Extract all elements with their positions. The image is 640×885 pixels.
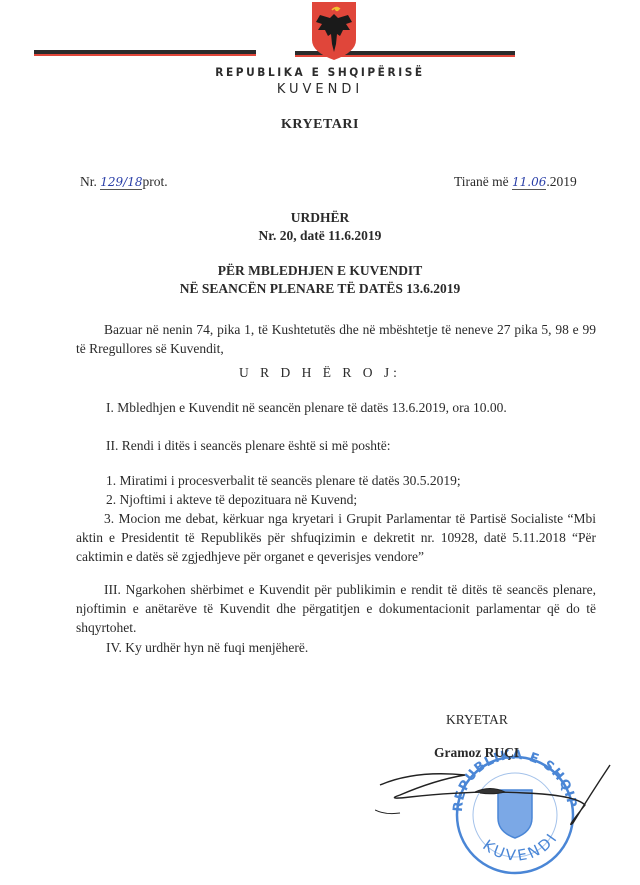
document-type: URDHËR (0, 210, 640, 226)
place-date: Tiranë më 11.06.2019 (454, 174, 577, 190)
point-2: II. Rendi i ditës i seancës plenare ësht… (78, 436, 598, 455)
nr-suffix: prot. (142, 174, 167, 189)
country-name: REPUBLIKA E SHQIPËRISË (26, 65, 615, 79)
date-handwritten: 11.06 (512, 175, 546, 190)
protocol-number: Nr. 129/18prot. (80, 174, 168, 190)
signatory-title: KRYETAR (446, 712, 508, 728)
year-suffix: .2019 (546, 174, 576, 189)
agenda-item-2: 2. Njoftimi i akteve të depozituara në K… (78, 490, 598, 509)
nr-prefix: Nr. (80, 174, 97, 189)
point-4: IV. Ky urdhër hyn në fuqi menjëherë. (78, 638, 598, 657)
handwritten-signature-icon (375, 745, 615, 835)
header-rule-left (34, 50, 256, 56)
point-1: I. Mbledhjen e Kuvendit në seancën plena… (78, 398, 598, 417)
subject-line-1: PËR MBLEDHJEN E KUVENDIT (0, 263, 640, 279)
point-3: III. Ngarkohen shërbimet e Kuvendit për … (76, 580, 596, 637)
orders-heading: U R D H Ë R O J: (0, 365, 640, 381)
document-number: Nr. 20, datë 11.6.2019 (0, 228, 640, 244)
preamble: Bazuar në nenin 74, pika 1, të Kushtetut… (76, 320, 596, 358)
place-prefix: Tiranë më (454, 174, 509, 189)
agenda-item-3: 3. Mocion me debat, kërkuar nga kryetari… (76, 509, 596, 566)
albanian-eagle-emblem-icon (310, 0, 358, 60)
institution-name: KUVENDI (0, 82, 640, 97)
office-title: KRYETARI (0, 117, 640, 133)
nr-handwritten: 129/18 (100, 175, 142, 190)
subject-line-2: NË SEANCËN PLENARE TË DATËS 13.6.2019 (0, 281, 640, 297)
agenda-item-1: 1. Miratimi i procesverbalit të seancës … (78, 471, 598, 490)
